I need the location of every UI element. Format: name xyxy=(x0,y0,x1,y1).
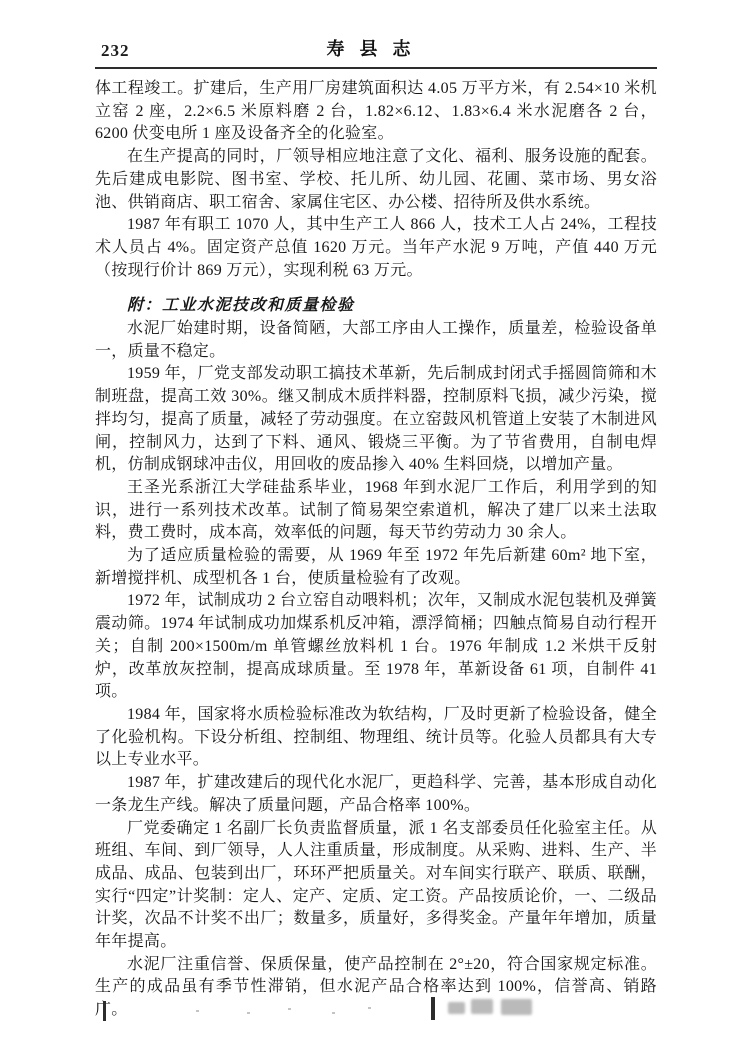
scanned-book-page: 232 寿县志 体工程竣工。扩建后，生产用厂房建筑面积达 4.05 万平方米，有… xyxy=(0,0,747,1046)
paragraph-continuation: 体工程竣工。扩建后，生产用厂房建筑面积达 4.05 万平方米，有 2.54×10… xyxy=(95,78,657,146)
scan-artifact-speck xyxy=(332,1012,335,1014)
book-title: 寿县志 xyxy=(327,35,426,61)
paragraph: 为了适应质量检验的需要，从 1969 年至 1972 年先后新建 60m² 地下… xyxy=(95,545,657,590)
paragraph: 1987 年，扩建改建后的现代化水泥厂，更趋科学、完善，基本形成自动化一条龙生产… xyxy=(95,772,657,817)
scan-artifact-speck xyxy=(247,1012,250,1014)
page-body-text: 体工程竣工。扩建后，生产用厂房建筑面积达 4.05 万平方米，有 2.54×10… xyxy=(95,78,657,1022)
paragraph: 在生产提高的同时，厂领导相应地注意了文化、福利、服务设施的配套。先后建成电影院、… xyxy=(95,146,657,214)
paragraph: 王圣光系浙江大学硅盐系毕业，1968 年到水泥厂工作后，利用学到的知识，进行一系… xyxy=(95,477,657,545)
scan-artifact-smudge xyxy=(501,999,532,1015)
paragraph: 1987 年有职工 1070 人，其中生产工人 866 人，技术工人占 24%，… xyxy=(95,214,657,282)
scan-artifact-speck xyxy=(368,1007,371,1009)
running-head: 232 寿县志 xyxy=(95,32,657,69)
attachment-heading: 附：工业水泥技改和质量检验 xyxy=(95,295,657,318)
paragraph: 1984 年，国家将水质检验标准改为软结构，厂及时更新了检验设备，健全了化验机构… xyxy=(95,704,657,772)
paragraph: 1972 年，试制成功 2 台立窑自动喂料机；次年，又制成水泥包装机及弹簧震动筛… xyxy=(95,590,657,704)
scan-artifact-smudge xyxy=(448,1002,465,1014)
paragraph: 水泥厂注重信誉、保质保量，使产品控制在 2°±20，符合国家规定标准。生产的成品… xyxy=(95,954,657,1022)
paragraph: 厂党委确定 1 名副厂长负责监督质量，派 1 名支部委员任化验室主任。从班组、车… xyxy=(95,818,657,954)
scan-artifact-smudge xyxy=(471,999,493,1014)
scan-artifact-bar xyxy=(103,1001,106,1021)
scan-artifact-speck xyxy=(196,1010,199,1012)
paragraph: 1959 年，厂党支部发动职工搞技术革新，先后制成封闭式手摇圆筒筛和木制班盘，提… xyxy=(95,363,657,477)
scan-artifact-speck xyxy=(288,1008,291,1010)
scan-artifact-bar xyxy=(431,997,435,1020)
paragraph: 水泥厂始建时期，设备简陋，大部工序由人工操作，质量差，检验设备单一，质量不稳定。 xyxy=(95,318,657,363)
page-number: 232 xyxy=(101,41,130,61)
